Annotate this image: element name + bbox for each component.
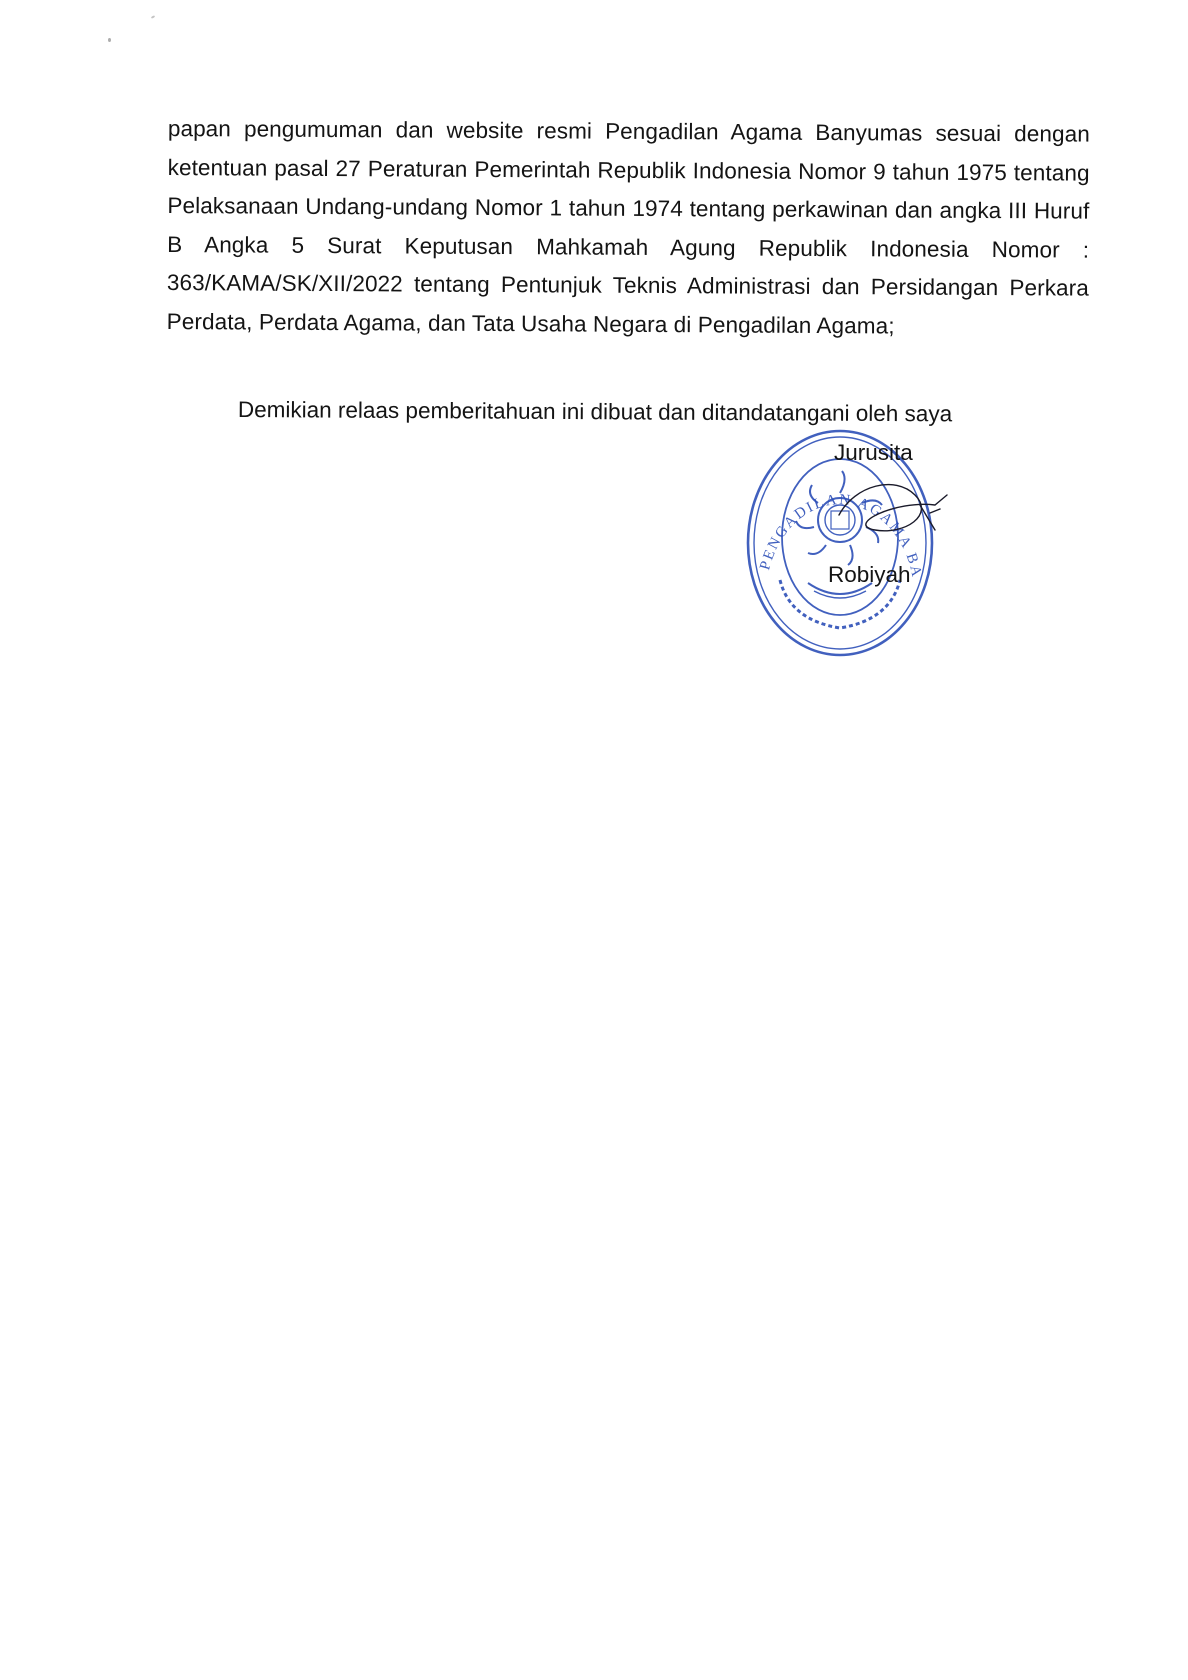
- body-paragraph: papan pengumuman dan website resmi Penga…: [167, 110, 1090, 347]
- document-page: papan pengumuman dan website resmi Penga…: [0, 0, 1188, 1680]
- scan-speck: [151, 15, 155, 19]
- signatory-name: Robiyah: [828, 561, 911, 589]
- signature-block: PENGADILAN AGAMA BANYUMAS Jurusita Robiy…: [740, 425, 960, 665]
- signature-title: Jurusita: [834, 439, 913, 467]
- handwritten-signature-icon: [835, 475, 950, 545]
- scan-speck: [108, 38, 111, 42]
